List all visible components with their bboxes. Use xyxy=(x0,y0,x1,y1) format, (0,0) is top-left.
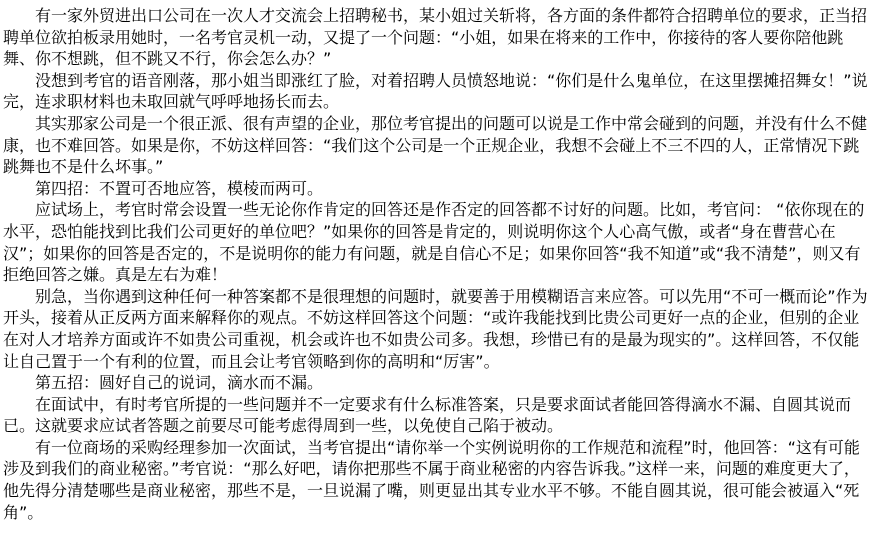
paragraph-reaction: 没想到考官的语音刚落，那小姐当即涨红了脸，对着招聘人员愤怒地说：“你们是什么鬼单… xyxy=(3,70,868,113)
paragraph-tip4-body: 应试场上，考官时常会设置一些无论你作肯定的回答还是作否定的回答都不讨好的问题。比… xyxy=(3,199,868,285)
paragraph-explanation: 其实那家公司是一个很正派、很有声望的企业，那位考官提出的问题可以说是工作中常会碰… xyxy=(3,113,868,178)
document-page: 有一家外贸进出口公司在一次人才交流会上招聘秘书，某小姐过关斩将，各方面的条件都符… xyxy=(0,0,875,523)
paragraph-story-secretary: 有一家外贸进出口公司在一次人才交流会上招聘秘书，某小姐过关斩将，各方面的条件都符… xyxy=(3,5,868,70)
paragraph-tip5-example: 有一位商场的采购经理参加一次面试，当考官提出“请你举一个实例说明你的工作规范和流… xyxy=(3,437,868,523)
paragraph-tip4-advice: 别急，当你遇到这种任何一种答案都不是很理想的问题时，就要善于用模糊语言来应答。可… xyxy=(3,286,868,372)
paragraph-tip5-body: 在面试中，有时考官所提的一些问题并不一定要求有什么标准答案，只是要求面试者能回答… xyxy=(3,394,868,437)
paragraph-heading-tip5: 第五招：圆好自己的说词，滴水而不漏。 xyxy=(3,372,868,394)
paragraph-heading-tip4: 第四招：不置可否地应答，模棱而两可。 xyxy=(3,178,868,200)
